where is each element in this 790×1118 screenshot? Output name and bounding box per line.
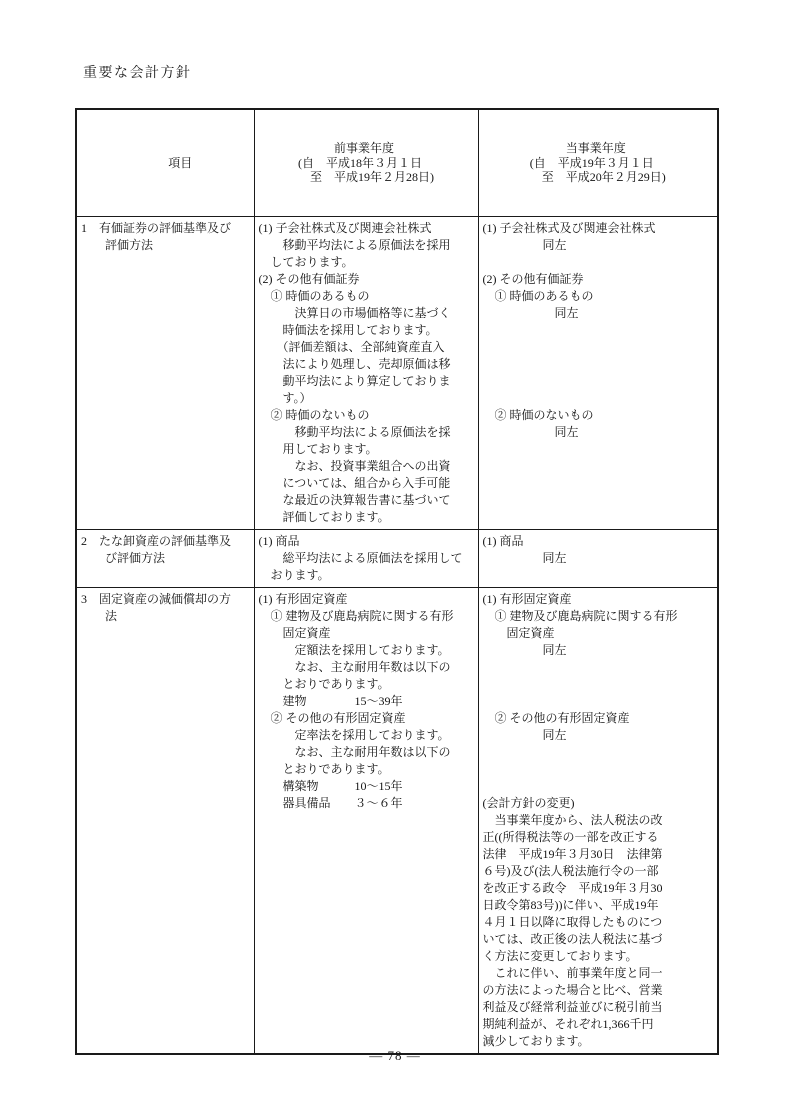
inventory-curr-year-cell: (1) 商品 同左 [478, 529, 718, 587]
header-curr-year-column: 当事業年度 (自 平成19年３月１日 至 平成20年２月29日) [478, 109, 718, 216]
securities-prev-year-cell: (1) 子会社株式及び関連会社株式 移動平均法による原価法を採用 しております。… [254, 216, 478, 529]
header-item-label: 項目 [168, 156, 192, 170]
inventory-prev-year-cell: (1) 商品 総平均法による原価法を採用して おります。 [254, 529, 478, 587]
page-title: 重要な会計方針 [83, 62, 192, 82]
depreciation-prev-year-cell: (1) 有形固定資産 ① 建物及び鹿島病院に関する有形 固定資産 定額法を採用し… [254, 587, 478, 1054]
securities-curr-year-cell: (1) 子会社株式及び関連会社株式 同左 (2) その他有価証券 ① 時価のある… [478, 216, 718, 529]
header-item-column: 項目 [76, 109, 254, 216]
table-row-securities-valuation: 1 有価証券の評価基準及び 評価方法 (1) 子会社株式及び関連会社株式 移動平… [76, 216, 718, 529]
inventory-item-cell: 2 たな卸資産の評価基準及 び評価方法 [76, 529, 254, 587]
table-row-inventory-valuation: 2 たな卸資産の評価基準及 び評価方法 (1) 商品 総平均法による原価法を採用… [76, 529, 718, 587]
header-prev-year-label: 前事業年度 (自 平成18年３月１日 至 平成19年２月28日) [298, 141, 434, 185]
accounting-policies-table: 項目 前事業年度 (自 平成18年３月１日 至 平成19年２月28日) 当事業年… [75, 108, 719, 1055]
header-prev-year-column: 前事業年度 (自 平成18年３月１日 至 平成19年２月28日) [254, 109, 478, 216]
table-header-row: 項目 前事業年度 (自 平成18年３月１日 至 平成19年２月28日) 当事業年… [76, 109, 718, 216]
table-row-depreciation-method: 3 固定資産の減価償却の方 法 (1) 有形固定資産 ① 建物及び鹿島病院に関す… [76, 587, 718, 1054]
page-number: ― 78 ― [0, 1048, 790, 1064]
header-curr-year-label: 当事業年度 (自 平成19年３月１日 至 平成20年２月29日) [530, 141, 666, 185]
document-page: 重要な会計方針 項目 前事業年度 (自 平成18年３月１日 至 平成19年２月2… [0, 0, 790, 1118]
depreciation-curr-year-cell: (1) 有形固定資産 ① 建物及び鹿島病院に関する有形 固定資産 同左 ② その… [478, 587, 718, 1054]
securities-item-cell: 1 有価証券の評価基準及び 評価方法 [76, 216, 254, 529]
depreciation-item-cell: 3 固定資産の減価償却の方 法 [76, 587, 254, 1054]
